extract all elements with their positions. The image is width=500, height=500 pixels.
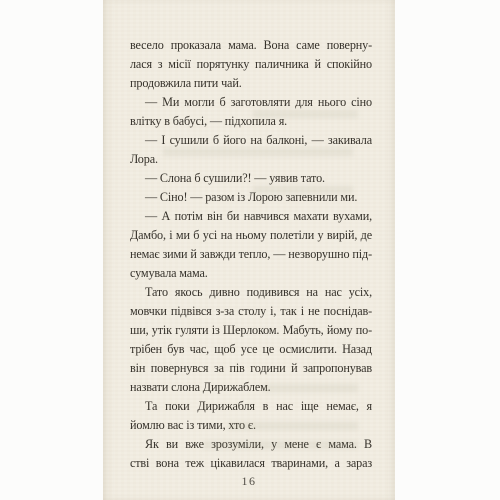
text-line: ши, утік гуляти із Шерлоком. Мабуть, йом… [130, 321, 372, 340]
text-line: Лора. [130, 150, 372, 169]
text-line: Тато якось дивно подивився на нас усіх, [130, 283, 372, 302]
text-line: весело проказала мама. Вона саме поверну… [130, 36, 372, 55]
text-line: — Сіно! — разом із Лорою запевнили ми. [130, 188, 372, 207]
text-line: Та поки Дирижабля в нас іще немає, я поз… [130, 397, 372, 416]
text-line: стві вона теж цікавилася тваринами, а за… [130, 454, 372, 473]
text-line: Дамбо, і ми б усі на ньому полетіли у ви… [130, 226, 372, 245]
text-line: Як ви вже зрозуміли, у мене є мама. В ди… [130, 435, 372, 454]
text-line: він повернувся за пів години й запропону… [130, 359, 372, 378]
text-line: влітку в бабусі, — підхопила я. [130, 112, 372, 131]
body-text: весело проказала мама. Вона саме поверну… [130, 36, 372, 473]
text-line: — А потім він би навчився махати вухами,… [130, 207, 372, 226]
text-line: йомлю вас із тими, хто є. [130, 416, 372, 435]
photo-background: весело проказала мама. Вона саме поверну… [0, 0, 500, 500]
text-line: трібен був час, щоб усе це осмислити. На… [130, 340, 372, 359]
page-number: 16 [103, 474, 395, 489]
text-line: — Слона б сушили?! — уявив тато. [130, 169, 372, 188]
text-line: назвати слона Дирижаблем. [130, 378, 372, 397]
text-line: лася з місії порятунку паличника й спокі… [130, 55, 372, 74]
book-page: весело проказала мама. Вона саме поверну… [103, 0, 395, 500]
text-line: продовжила пити чай. [130, 74, 372, 93]
text-line: мовчки підвівся з-за столу і, так і не п… [130, 302, 372, 321]
text-line: немає зими й завжди тепло, — незворушно … [130, 245, 372, 264]
text-line: — І сушили б його на балконі, — закивала [130, 131, 372, 150]
text-line: сумувала мама. [130, 264, 372, 283]
text-line: — Ми могли б заготовляти для нього сіно [130, 93, 372, 112]
